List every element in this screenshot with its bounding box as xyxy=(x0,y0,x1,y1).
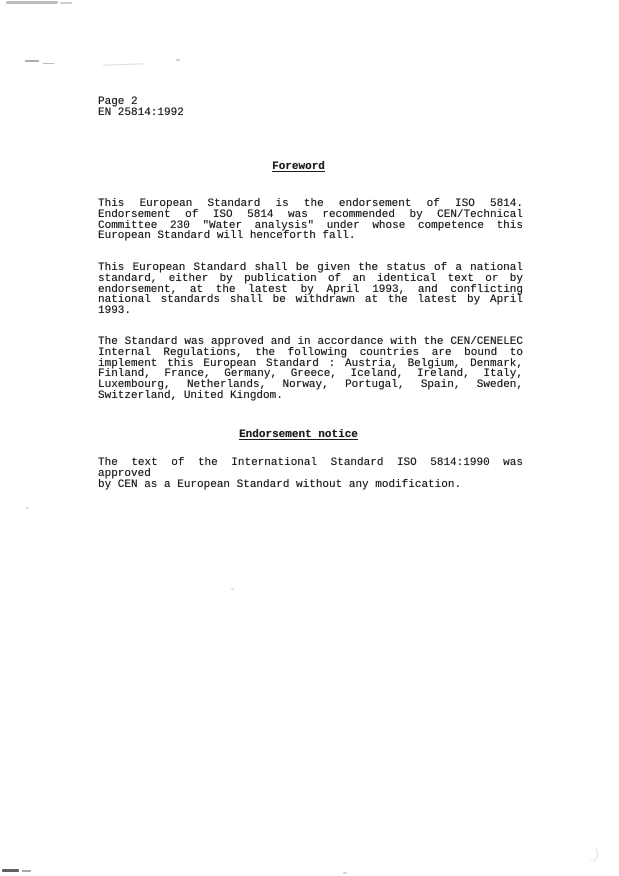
scan-artifact xyxy=(176,59,180,61)
scan-artifact xyxy=(25,60,39,62)
paragraph-line: standard, either by publication of an id… xyxy=(98,274,523,285)
page-header: Page 2 EN 25814:1992 xyxy=(98,97,184,119)
paragraph-line: 1993. xyxy=(98,306,523,317)
scan-artifact xyxy=(588,846,598,861)
endorsement-notice-heading: Endorsement notice xyxy=(86,430,511,441)
scan-artifact xyxy=(2,869,19,872)
paragraph-line: Endorsement of ISO 5814 was recommended … xyxy=(98,210,523,221)
scan-artifact xyxy=(5,1,58,4)
paragraph-line: European Standard will henceforth fall. xyxy=(98,231,523,242)
endorsement-paragraph: The text of the International Standard I… xyxy=(98,458,523,490)
scan-artifact xyxy=(43,63,54,64)
scan-artifact xyxy=(22,870,31,872)
standard-reference: EN 25814:1992 xyxy=(98,108,184,119)
scan-artifact xyxy=(60,2,72,4)
scan-artifact xyxy=(26,507,29,509)
paragraph-line: by CEN as a European Standard without an… xyxy=(98,480,523,491)
foreword-paragraph-2: This European Standard shall be given th… xyxy=(98,263,523,317)
scan-artifact xyxy=(231,588,234,590)
foreword-heading: Foreword xyxy=(86,162,511,173)
paragraph-line: national standards shall be withdrawn at… xyxy=(98,295,523,306)
document-page: Page 2 EN 25814:1992 Foreword This Europ… xyxy=(0,0,619,876)
foreword-paragraph-3: The Standard was approved and in accorda… xyxy=(98,337,523,402)
foreword-paragraph-1: This European Standard is the endorsemen… xyxy=(98,199,523,242)
scan-artifact xyxy=(103,63,145,65)
scan-artifact xyxy=(343,872,347,874)
paragraph-line: The text of the International Standard I… xyxy=(98,458,523,480)
paragraph-line: Switzerland, United Kingdom. xyxy=(98,391,523,402)
paragraph-line: Internal Regulations, the following coun… xyxy=(98,348,523,359)
